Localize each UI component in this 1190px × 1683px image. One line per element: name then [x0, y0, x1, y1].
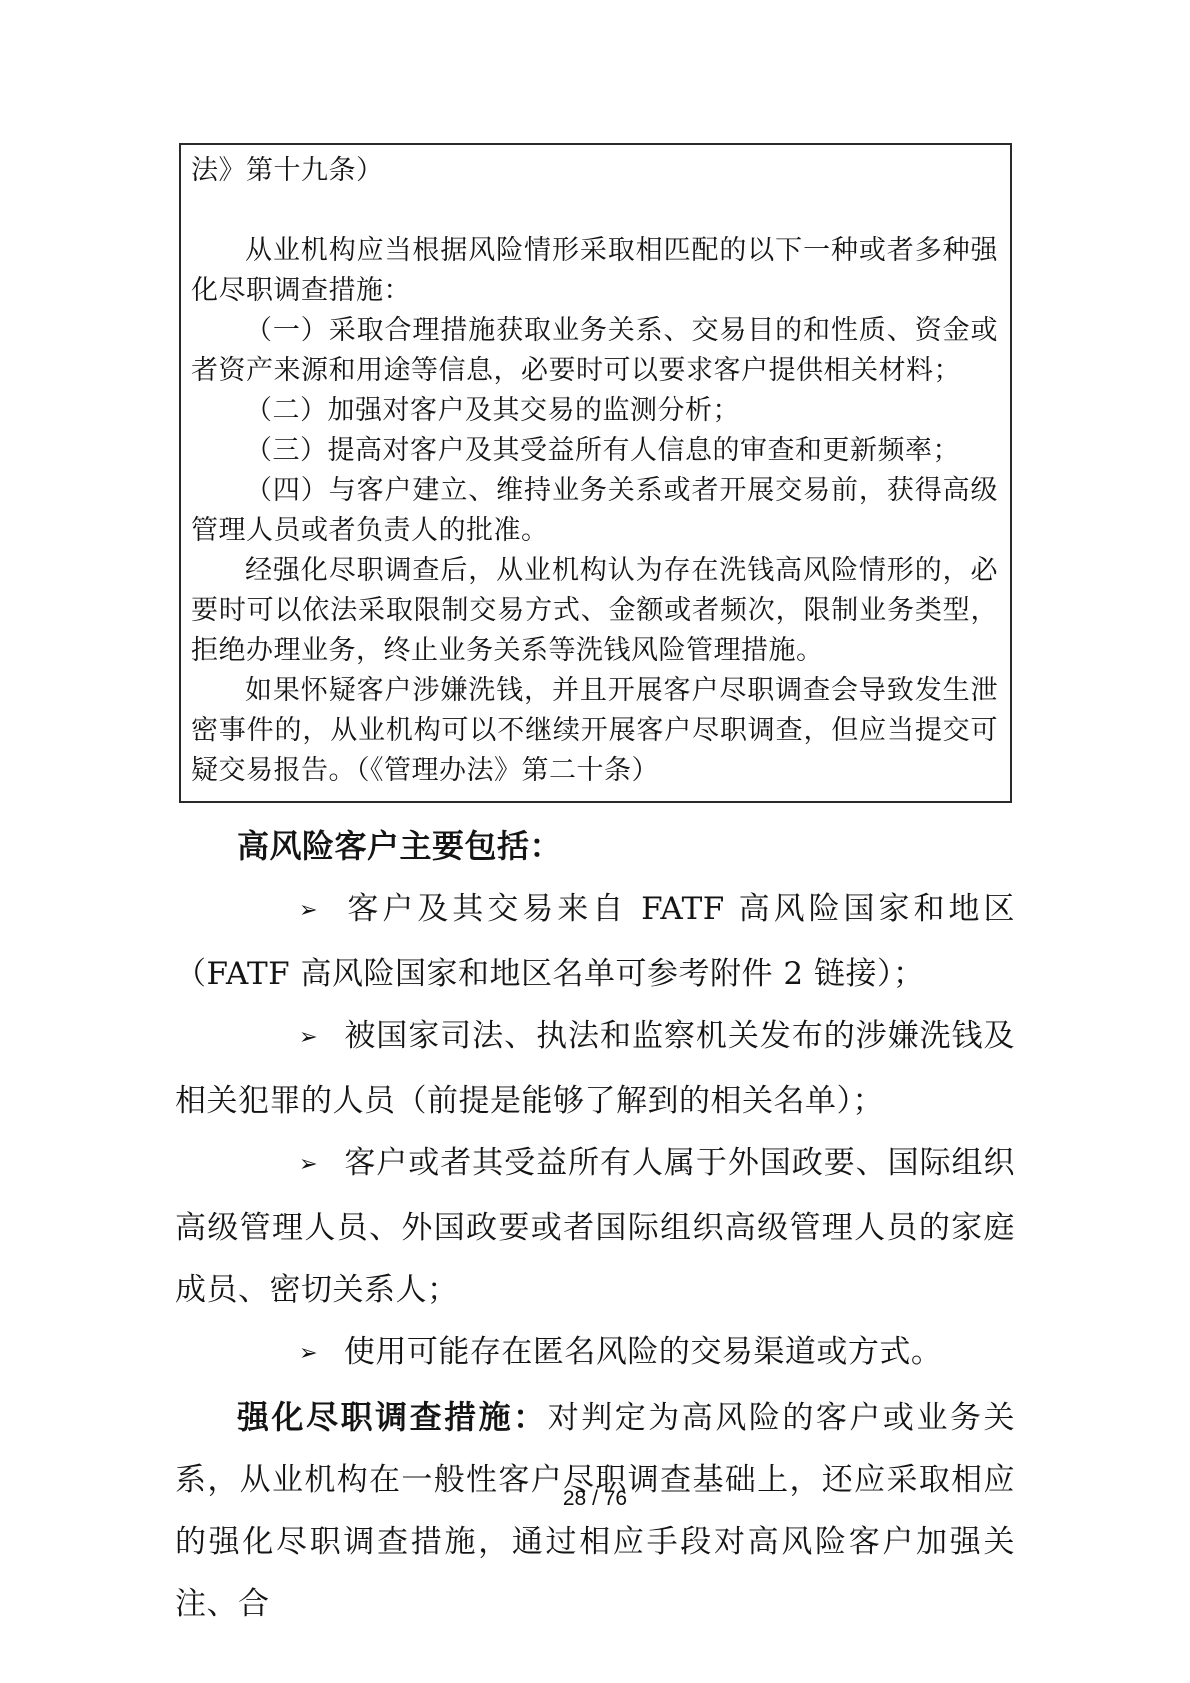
- bullet-text: 使用可能存在匿名风险的交易渠道或方式。: [344, 1334, 943, 1370]
- bullet-item: ➢客户或者其受益所有人属于外国政要、国际组织高级管理人员、外国政要或者国际组织高…: [175, 1132, 1015, 1321]
- bullet-item: ➢客户及其交易来自 FATF 高风险国家和地区（FATF 高风险国家和地区名单可…: [175, 878, 1015, 1005]
- regulation-quote-box: 法》第十九条） 从业机构应当根据风险情形采取相匹配的以下一种或者多种强化尽职调查…: [179, 143, 1012, 803]
- body-section: 高风险客户主要包括： ➢客户及其交易来自 FATF 高风险国家和地区（FATF …: [175, 815, 1015, 1635]
- quote-paragraph: （二）加强对客户及其交易的监测分析；: [191, 391, 998, 431]
- quote-paragraph: 经强化尽职调查后，从业机构认为存在洗钱高风险情形的，必要时可以依法采取限制交易方…: [191, 551, 998, 671]
- quote-paragraph: （四）与客户建立、维持业务关系或者开展交易前，获得高级管理人员或者负责人的批准。: [191, 471, 998, 551]
- page-number: 28 / 76: [0, 1487, 1190, 1511]
- quote-paragraph: （一）采取合理措施获取业务关系、交易目的和性质、资金或者资产来源和用途等信息，必…: [191, 311, 998, 391]
- quote-paragraph: 法》第十九条）: [191, 151, 998, 191]
- page-content: 法》第十九条） 从业机构应当根据风险情形采取相匹配的以下一种或者多种强化尽职调查…: [175, 143, 1015, 1635]
- bullet-item: ➢被国家司法、执法和监察机关发布的涉嫌洗钱及相关犯罪的人员（前提是能够了解到的相…: [175, 1005, 1015, 1132]
- arrowhead-bullet-icon: ➢: [237, 1006, 318, 1068]
- quote-paragraph: 如果怀疑客户涉嫌洗钱，并且开展客户尽职调查会导致发生泄密事件的，从业机构可以不继…: [191, 671, 998, 791]
- quote-paragraph: 从业机构应当根据风险情形采取相匹配的以下一种或者多种强化尽职调查措施：: [191, 231, 998, 311]
- section-heading: 高风险客户主要包括：: [175, 815, 1015, 878]
- arrowhead-bullet-icon: ➢: [237, 1322, 318, 1384]
- arrowhead-bullet-icon: ➢: [237, 879, 318, 941]
- closing-lead: 强化尽职调查措施：: [237, 1398, 548, 1436]
- arrowhead-bullet-icon: ➢: [237, 1133, 318, 1195]
- section-heading-label: 高风险客户主要包括：: [237, 827, 562, 865]
- document-page: 法》第十九条） 从业机构应当根据风险情形采取相匹配的以下一种或者多种强化尽职调查…: [0, 0, 1190, 1683]
- bullet-item: ➢使用可能存在匿名风险的交易渠道或方式。: [175, 1321, 1015, 1386]
- quote-paragraph: （三）提高对客户及其受益所有人信息的审查和更新频率；: [191, 431, 998, 471]
